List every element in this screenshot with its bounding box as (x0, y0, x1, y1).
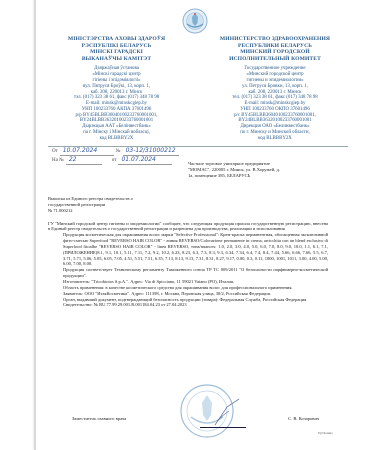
official-seal-icon (177, 381, 245, 443)
letterhead-belarusian: МІНІСТЭРСТВА АХОВЫ ЗДАРОЎЯ РЭСПУБЛІКІ БЕ… (44, 36, 189, 142)
compliance-paragraph: Продукция соответствует Техническому рег… (48, 267, 328, 279)
addressee-line: 1а, помещение 385, БЕЛАРУСЬ (188, 173, 338, 179)
ref-date-label: от (112, 157, 117, 165)
addressee-block: Частное торговое унитарное предприятие "… (188, 161, 338, 179)
from-label: От (52, 148, 58, 156)
product-paragraph: Продукция косметическая для окрашивания … (48, 232, 328, 267)
from-date: 10.07.2024 (60, 147, 114, 156)
belarus-emblem-icon (182, 8, 208, 34)
ref-label: На № (52, 157, 64, 165)
letterhead-russian: МИНИСТЕРСТВО ЗДРАВООХРАНЕНИЯ РЕСПУБЛИКИ … (200, 36, 350, 142)
ref-number: 22 (66, 156, 102, 165)
ministry-name-ru: МИНИСТЕРСТВО ЗДРАВООХРАНЕНИЯ РЕСПУБЛИКИ … (200, 36, 350, 62)
scope-paragraph: Область применения: в качестве косметиче… (48, 285, 328, 291)
certificate-paragraph: Свидетельство: № RU.77.99.29.001.R.00118… (48, 302, 328, 308)
outgoing-reference: От 10.07.2024 № 03-12/31000212 На № 22 о… (50, 147, 179, 165)
ministry-name-by: МІНІСТЭРСТВА АХОВЫ ЗДАРОЎЯ РЭСПУБЛІКІ БЕ… (44, 36, 189, 62)
registry-number: № 71.000212 (48, 208, 328, 214)
signatory-role: Заместитель главного врача (72, 416, 126, 421)
reference-row: На № 22 от 01.07.2024 (50, 156, 179, 165)
ref-date: 01.07.2024 (118, 156, 172, 165)
institution-details-by: Дзяржаўная ўстанова «Мінскі гарадскі цэн… (44, 66, 189, 141)
letter-body: Выписка из Единого реестра свидетельств … (48, 196, 328, 308)
number-label: № (116, 148, 121, 156)
outgoing-number: 03-12/31000212 (123, 147, 179, 156)
outgoing-row: От 10.07.2024 № 03-12/31000212 (50, 147, 179, 156)
institution-details-ru: Государственное учреждение «Минский горо… (200, 66, 350, 141)
executor-note: 8 (0 Козина (318, 431, 333, 435)
signatory-name: С. В. Козарович (288, 416, 319, 421)
registry-title: Выписка из Единого реестра свидетельств … (48, 196, 328, 214)
intro-paragraph: ГУ "Минский городской центр гигиены и эп… (48, 221, 328, 233)
signature-line (200, 427, 246, 428)
